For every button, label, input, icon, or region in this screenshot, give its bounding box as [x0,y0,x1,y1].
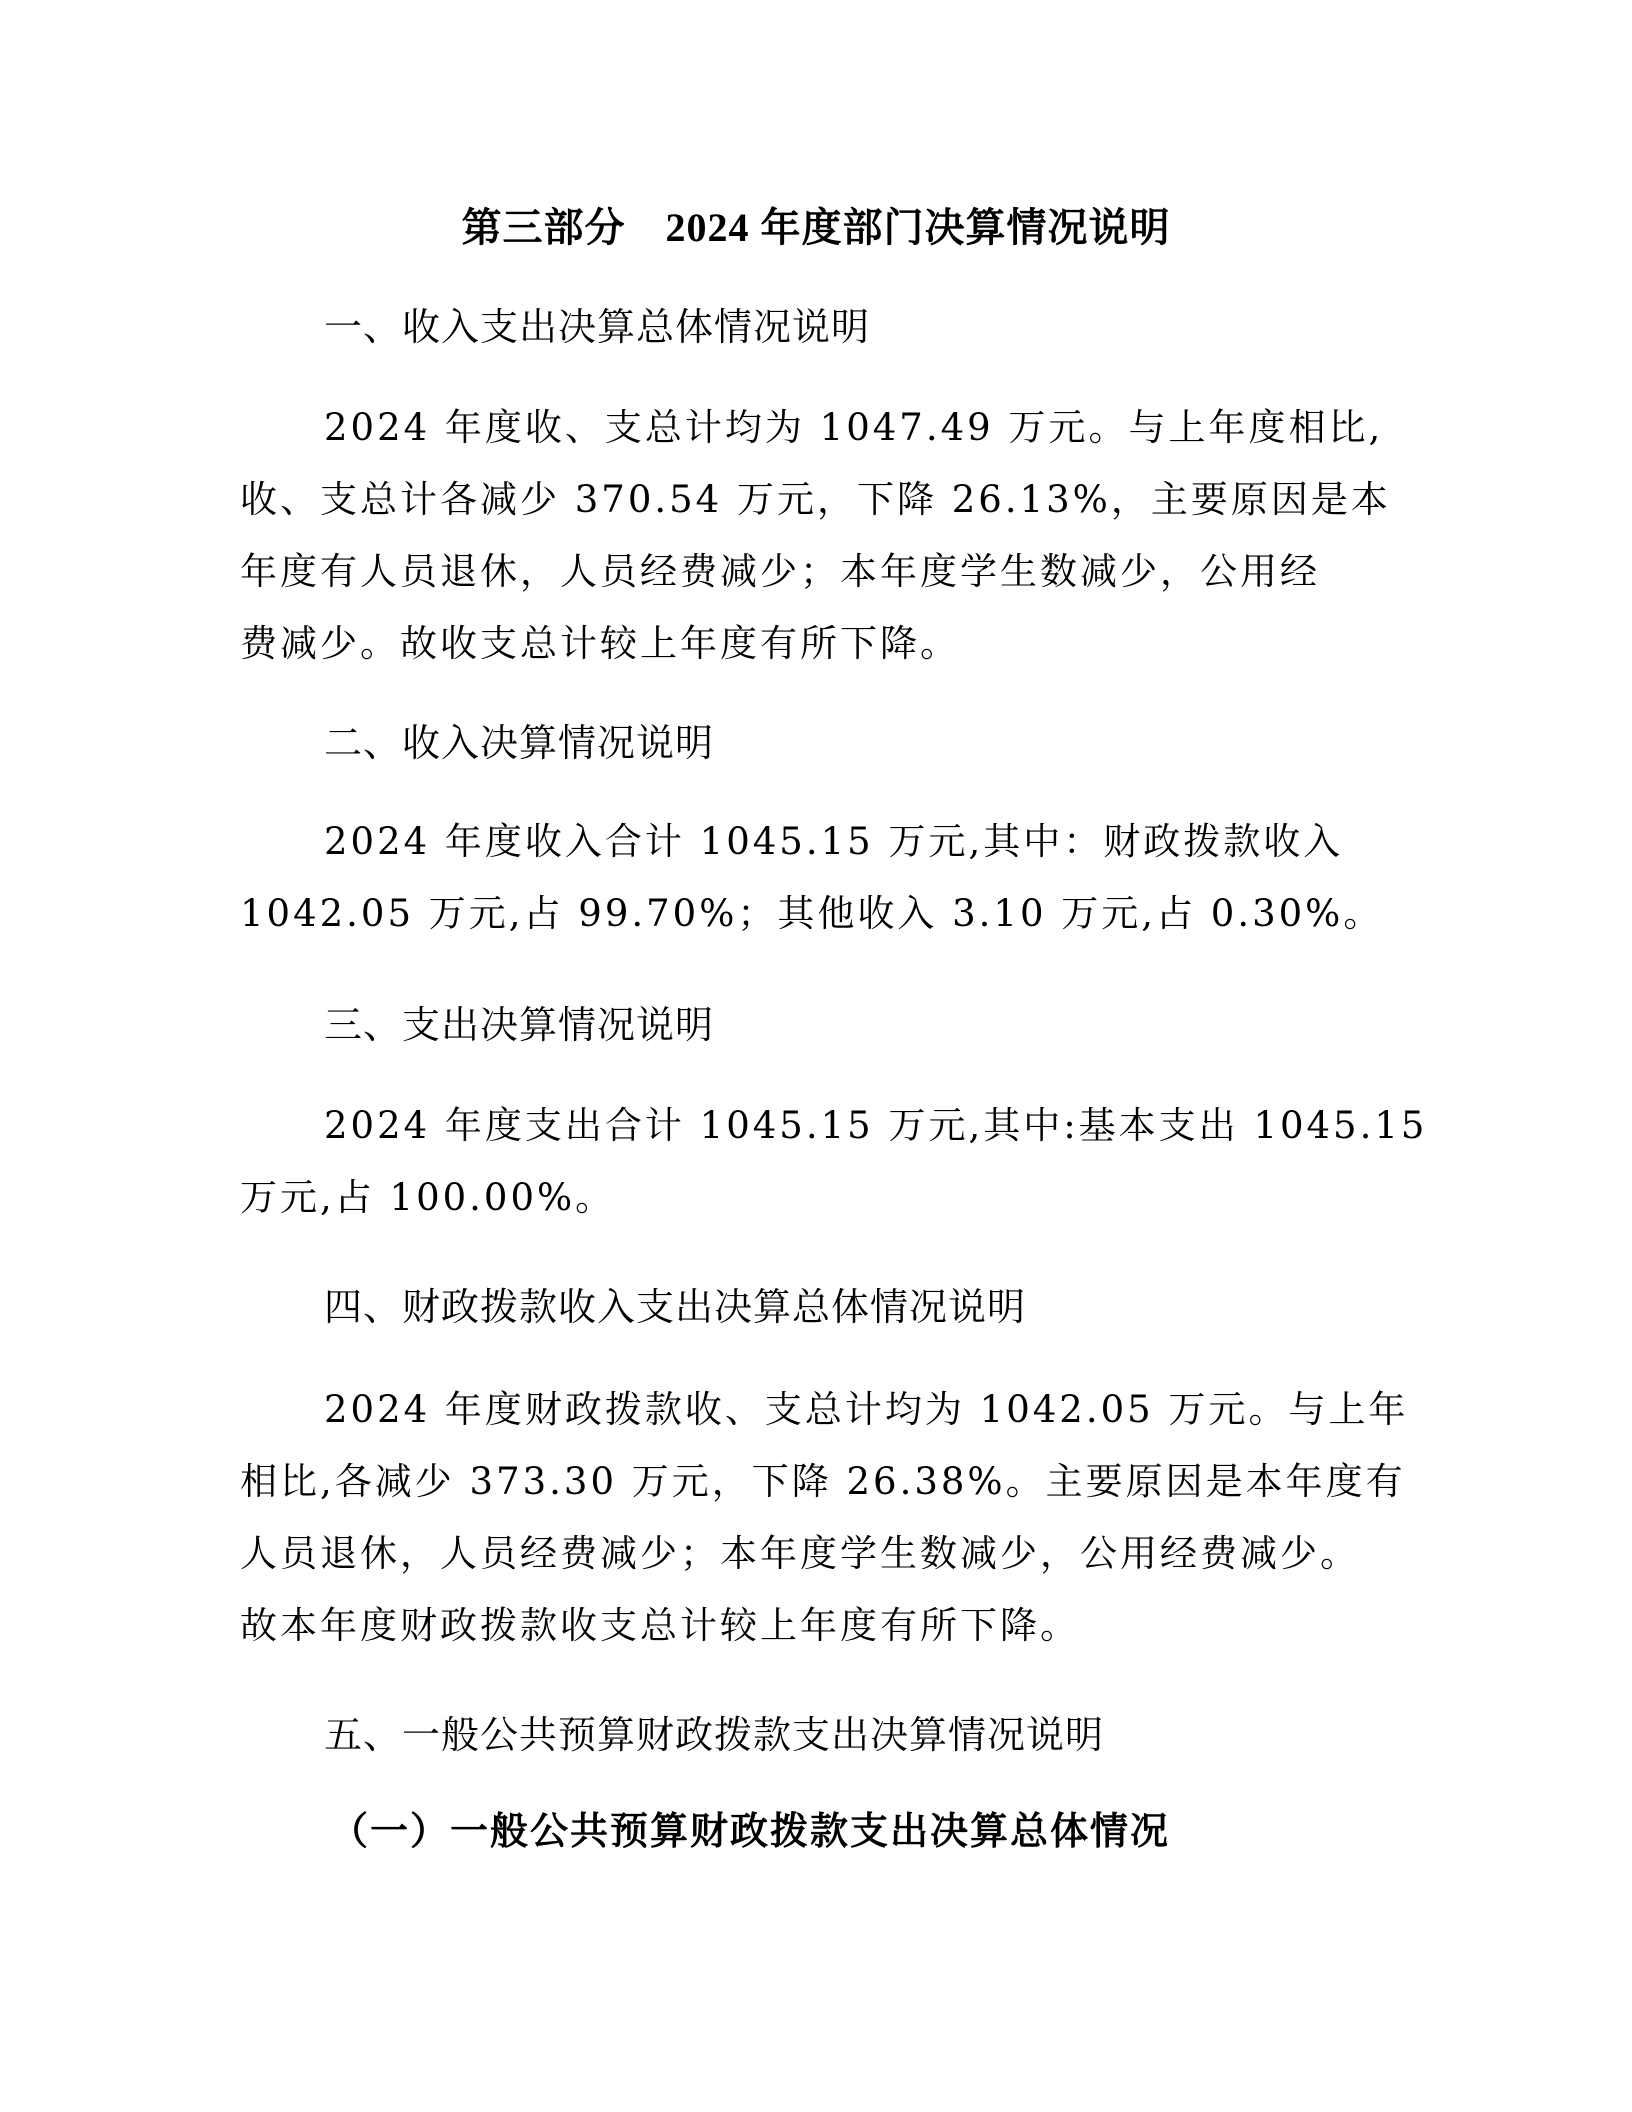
section-body-1: 2024 年度收、支总计均为 1047.49 万元。与上年度相比, 收、支总计各… [240,392,1380,680]
paragraph-line: 费减少。故收支总计较上年度有所下降。 [240,608,1380,680]
paragraph-line: 2024 年度财政拨款收、支总计均为 1042.05 万元。与上年 [240,1374,1380,1446]
paragraph-line: 故本年度财政拨款收支总计较上年度有所下降。 [240,1590,1380,1662]
title-part: 第三部分 [462,205,626,250]
section-heading-1: 一、收入支出决算总体情况说明 [324,296,870,351]
section-heading-2: 二、收入决算情况说明 [324,712,714,767]
section-body-4: 2024 年度财政拨款收、支总计均为 1042.05 万元。与上年 相比,各减少… [240,1374,1380,1662]
paragraph-line: 2024 年度收、支总计均为 1047.49 万元。与上年度相比, [240,392,1380,464]
paragraph-line: 收、支总计各减少 370.54 万元，下降 26.13%，主要原因是本 [240,464,1380,536]
title-main: 2024 年度部门决算情况说明 [666,205,1171,250]
paragraph-line: 2024 年度收入合计 1045.15 万元,其中：财政拨款收入 [240,806,1380,878]
section-body-3: 2024 年度支出合计 1045.15 万元,其中:基本支出 1045.15 万… [240,1090,1380,1234]
page-title: 第三部分2024 年度部门决算情况说明 [0,196,1632,253]
paragraph-line: 2024 年度支出合计 1045.15 万元,其中:基本支出 1045.15 [240,1090,1380,1162]
section-heading-4: 四、财政拨款收入支出决算总体情况说明 [324,1276,1026,1331]
paragraph-line: 万元,占 100.00%。 [240,1162,1380,1234]
section-body-2: 2024 年度收入合计 1045.15 万元,其中：财政拨款收入 1042.05… [240,806,1380,950]
document-page: 第三部分2024 年度部门决算情况说明 一、收入支出决算总体情况说明 2024 … [0,0,1632,2112]
paragraph-line: 年度有人员退休，人员经费减少；本年度学生数减少，公用经 [240,536,1380,608]
paragraph-line: 1042.05 万元,占 99.70%；其他收入 3.10 万元,占 0.30%… [240,878,1380,950]
paragraph-line: 相比,各减少 373.30 万元，下降 26.38%。主要原因是本年度有 [240,1446,1380,1518]
paragraph-line: 人员退休，人员经费减少；本年度学生数减少，公用经费减少。 [240,1518,1380,1590]
subsection-heading: （一）一般公共预算财政拨款支出决算总体情况 [330,1800,1170,1855]
section-heading-3: 三、支出决算情况说明 [324,994,714,1049]
section-heading-5: 五、一般公共预算财政拨款支出决算情况说明 [324,1704,1104,1759]
